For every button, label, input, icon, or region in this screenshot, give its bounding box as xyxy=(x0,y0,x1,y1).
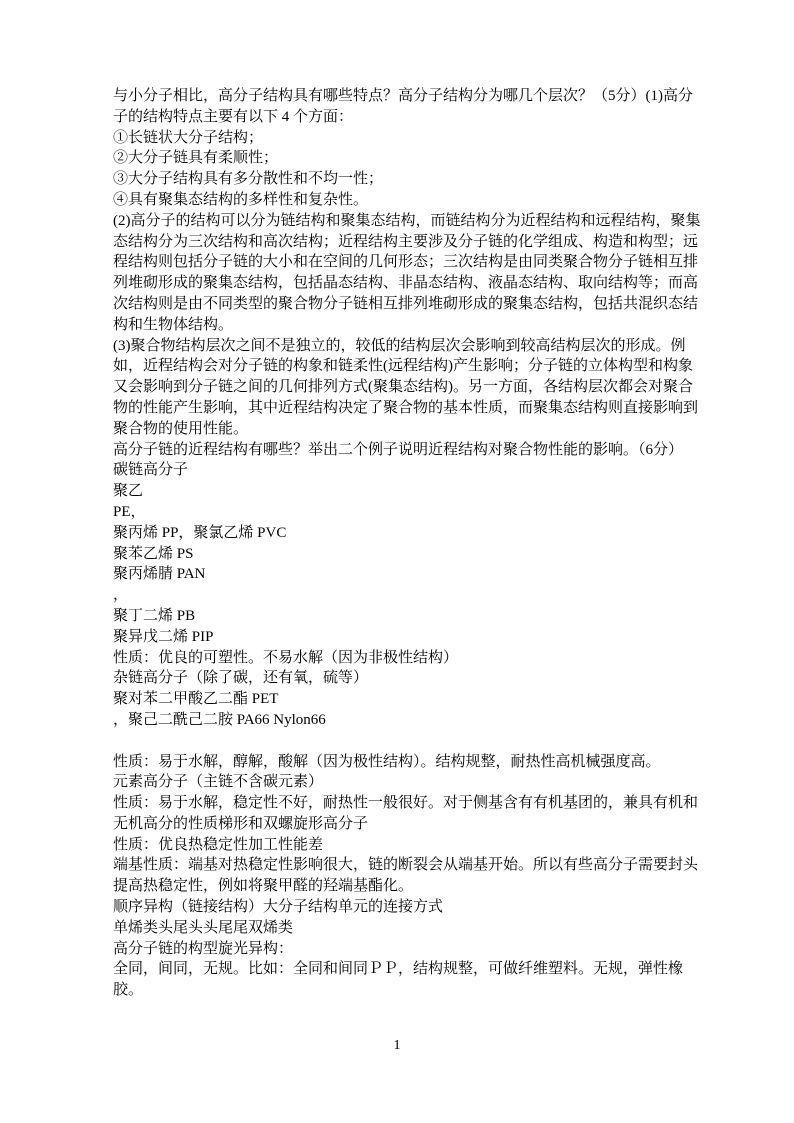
text-line: 碳链高分子 xyxy=(113,460,685,481)
text-line: ， xyxy=(113,585,685,606)
text-line: 性质：优良热稳定性加工性能差 xyxy=(113,835,685,856)
text-line: 次结构则是由不同类型的聚合物分子链相互排列堆砌形成的聚集态结构，包括共混织态结 xyxy=(113,294,685,315)
text-line: 聚丙烯 PP，聚氯乙烯 PVC xyxy=(113,523,685,544)
document-page: 与小分子相比，高分子结构具有哪些特点？高分子结构分为哪几个层次？（5分）(1)高… xyxy=(0,0,794,1123)
text-line: 聚异戊二烯 PIP xyxy=(113,627,685,648)
text-line: 态结构分为三次结构和高次结构；近程结构主要涉及分子链的化学组成、构造和构型；远 xyxy=(113,232,685,253)
text-line: (3)聚合物结构层次之间不是独立的，较低的结构层次会影响到较高结构层次的形成。例 xyxy=(113,336,685,357)
text-line: 性质：易于水解，稳定性不好，耐热性一般很好。对于侧基含有有机基团的，兼具有机和 xyxy=(113,793,685,814)
text-line: 聚乙 xyxy=(113,481,685,502)
text-line: 高分子链的近程结构有哪些？举出二个例子说明近程结构对聚合物性能的影响。（6分） xyxy=(113,440,685,461)
text-line: 物的性能产生影响，其中近程结构决定了聚合物的基本性质，而聚集态结构则直接影响到 xyxy=(113,398,685,419)
text-line: 杂链高分子（除了碳，还有氧，硫等） xyxy=(113,668,685,689)
text-line: (2)高分子的结构可以分为链结构和聚集态结构，而链结构分为近程结构和远程结构，聚… xyxy=(113,211,685,232)
text-line: PE， xyxy=(113,502,685,523)
text-line: 构和生物体结构。 xyxy=(113,315,685,336)
text-line: 聚丁二烯 PB xyxy=(113,606,685,627)
text-line: ③大分子结构具有多分散性和不均一性； xyxy=(113,169,685,190)
text-line: 聚对苯二甲酸乙二酯 PET xyxy=(113,689,685,710)
text-line: 聚丙烯腈 PAN xyxy=(113,564,685,585)
text-line: 顺序异构（链接结构）大分子结构单元的连接方式 xyxy=(113,897,685,918)
text-line: 高分子链的构型旋光异构： xyxy=(113,939,685,960)
text-line: 聚合物的使用性能。 xyxy=(113,419,685,440)
text-line: 程结构则包括分子链的大小和在空间的几何形态；三次结构是由同类聚合物分子链相互排 xyxy=(113,252,685,273)
text-line: 与小分子相比，高分子结构具有哪些特点？高分子结构分为哪几个层次？（5分）(1)高… xyxy=(113,86,685,107)
text-line: 端基性质：端基对热稳定性影响很大，链的断裂会从端基开始。所以有些高分子需要封头 xyxy=(113,855,685,876)
text-line: 性质：优良的可塑性。不易水解（因为非极性结构） xyxy=(113,648,685,669)
text-line: ④具有聚集态结构的多样性和复杂性。 xyxy=(113,190,685,211)
text-line: 全同，间同，无规。比如：全同和间同ＰＰ，结构规整，可做纤维塑料。无规，弹性橡 xyxy=(113,959,685,980)
text-line: ②大分子链具有柔顺性； xyxy=(113,148,685,169)
text-line: 子的结构特点主要有以下 4 个方面： xyxy=(113,107,685,128)
page-footer: 1 xyxy=(0,1037,794,1055)
text-line: 元素高分子（主链不含碳元素） xyxy=(113,772,685,793)
text-line: ，聚己二酰己二胺 PA66 Nylon66 xyxy=(113,710,685,731)
text-line: 无机高分的性质梯形和双螺旋形高分子 xyxy=(113,814,685,835)
text-line: 性质：易于水解，醇解，酸解（因为极性结构）。结构规整，耐热性高机械强度高。 xyxy=(113,752,685,773)
text-line: 又会影响到分子链之间的几何排列方式(聚集态结构)。另一方面，各结构层次都会对聚合 xyxy=(113,377,685,398)
text-line xyxy=(113,731,685,752)
text-line: 如，近程结构会对分子链的构象和链柔性(远程结构)产生影响；分子链的立体构型和构象 xyxy=(113,356,685,377)
document-text-block: 与小分子相比，高分子结构具有哪些特点？高分子结构分为哪几个层次？（5分）(1)高… xyxy=(113,86,685,1001)
text-line: 单烯类头尾头头尾尾双烯类 xyxy=(113,918,685,939)
text-line: 聚苯乙烯 PS xyxy=(113,544,685,565)
text-line: 胶。 xyxy=(113,980,685,1001)
text-line: 提高热稳定性，例如将聚甲醛的羟端基酯化。 xyxy=(113,876,685,897)
page-number: 1 xyxy=(394,1038,401,1053)
text-line: 列堆砌形成的聚集态结构，包括晶态结构、非晶态结构、液晶态结构、取向结构等；而高 xyxy=(113,273,685,294)
text-line: ①长链状大分子结构； xyxy=(113,128,685,149)
